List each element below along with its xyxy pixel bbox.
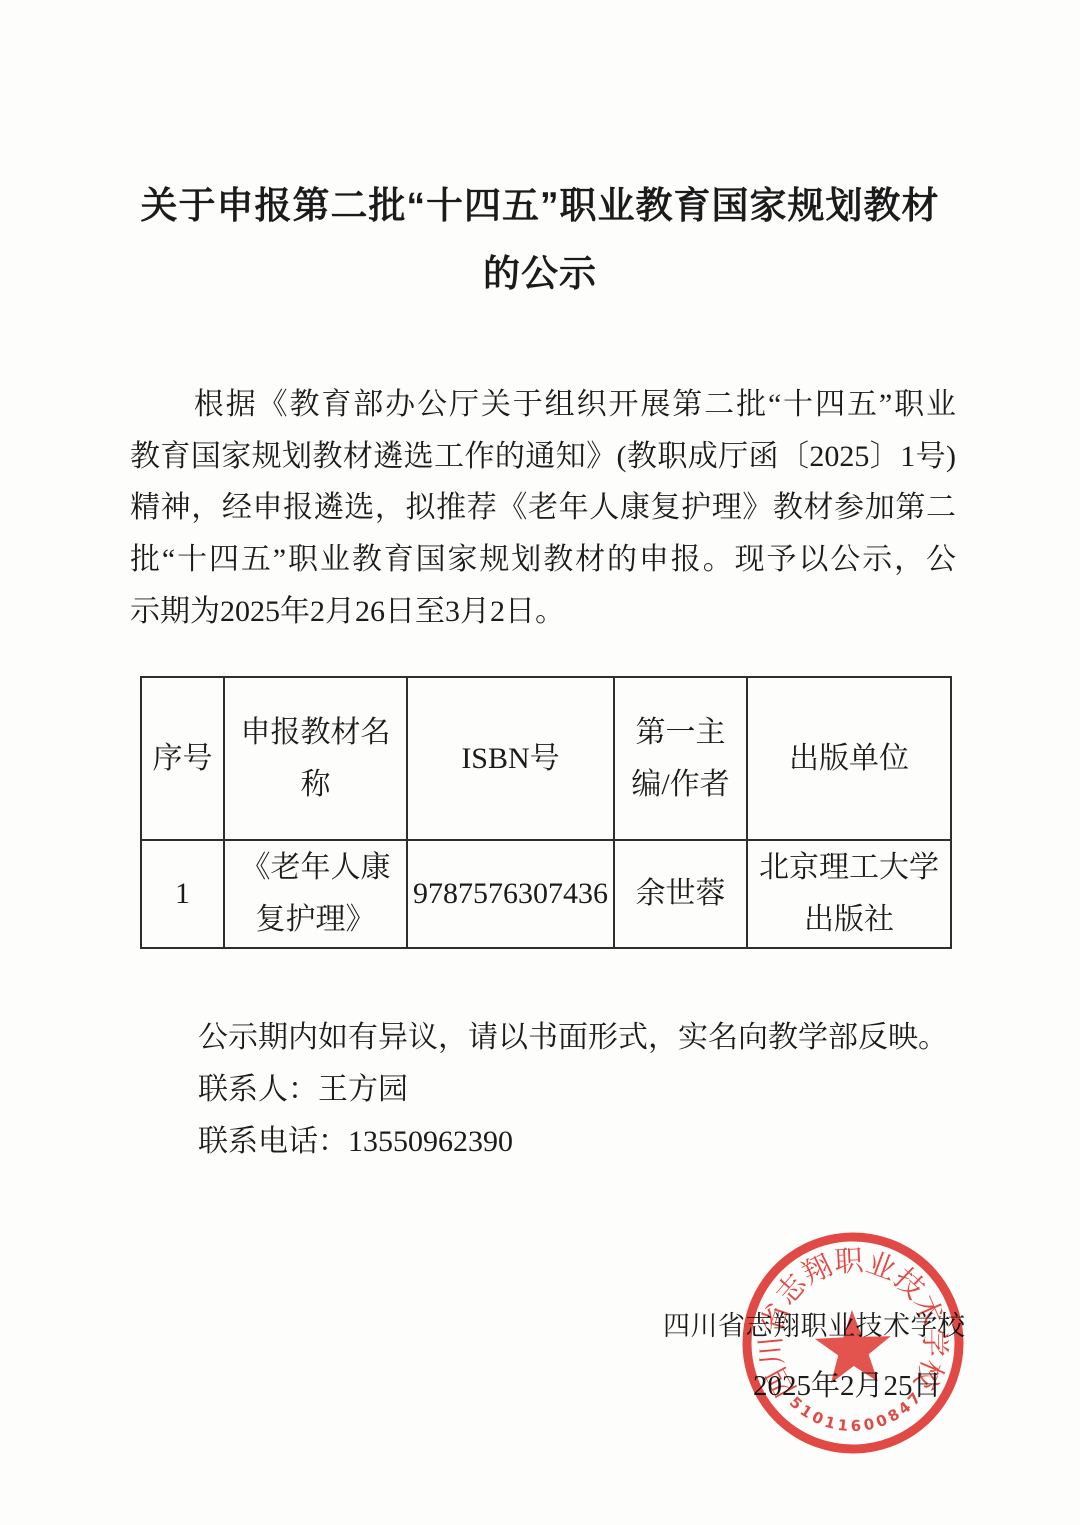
table-row: 1 《老年人康 复护理》 9787576307436 余世蓉 北京理工大学 出版…	[141, 840, 951, 948]
title-line-1: 关于申报第二批“十四五”职业教育国家规划教材	[0, 172, 1080, 240]
header-isbn: ISBN号	[407, 677, 614, 840]
document-page: 关于申报第二批“十四五”职业教育国家规划教材 的公示 根据《教育部办公厅关于组织…	[0, 0, 1080, 1525]
contact-person: 联系人：王方园	[198, 1064, 998, 1116]
official-seal-stamp: 四川省志翔职业技术学校 5101160084751	[729, 1219, 977, 1467]
header-seq: 序号	[141, 677, 224, 840]
text-line: 教育国家规划教材遴选工作的通知》(教职成厅函〔2025〕1号)	[130, 431, 956, 483]
text-line: 精神，经申报遴选，拟推荐《老年人康复护理》教材参加第二	[130, 482, 956, 534]
cell-isbn: 9787576307436	[407, 840, 614, 948]
cell-publisher: 北京理工大学 出版社	[747, 840, 951, 948]
title-line-2: 的公示	[0, 240, 1080, 308]
header-publisher: 出版单位	[747, 677, 951, 840]
header-editor: 第一主 编/作者	[614, 677, 747, 840]
text-line: 示期为2025年2月26日至3月2日。	[130, 586, 956, 638]
body-paragraph: 根据《教育部办公厅关于组织开展第二批“十四五”职业教育国家规划教材遴选工作的通知…	[130, 379, 956, 638]
cell-name: 《老年人康 复护理》	[224, 840, 407, 948]
text-line: 根据《教育部办公厅关于组织开展第二批“十四五”职业	[130, 379, 956, 431]
contact-phone: 联系电话：13550962390	[198, 1116, 998, 1168]
header-name: 申报教材名称	[224, 677, 407, 840]
table-header-row: 序号 申报教材名称 ISBN号 第一主 编/作者 出版单位	[141, 677, 951, 840]
cell-seq: 1	[141, 840, 224, 948]
document-title: 关于申报第二批“十四五”职业教育国家规划教材 的公示	[0, 172, 1080, 308]
contact-block: 公示期内如有异议，请以书面形式，实名向教学部反映。 联系人：王方园 联系电话：1…	[198, 1012, 998, 1168]
cell-editor: 余世蓉	[614, 840, 747, 948]
text-line: 批“十四五”职业教育国家规划教材的申报。现予以公示，公	[130, 534, 956, 586]
seal-star-icon	[814, 1309, 892, 1384]
textbook-table: 序号 申报教材名称 ISBN号 第一主 编/作者 出版单位 1 《老年人康 复护…	[140, 676, 952, 949]
objection-note: 公示期内如有异议，请以书面形式，实名向教学部反映。	[198, 1012, 998, 1064]
